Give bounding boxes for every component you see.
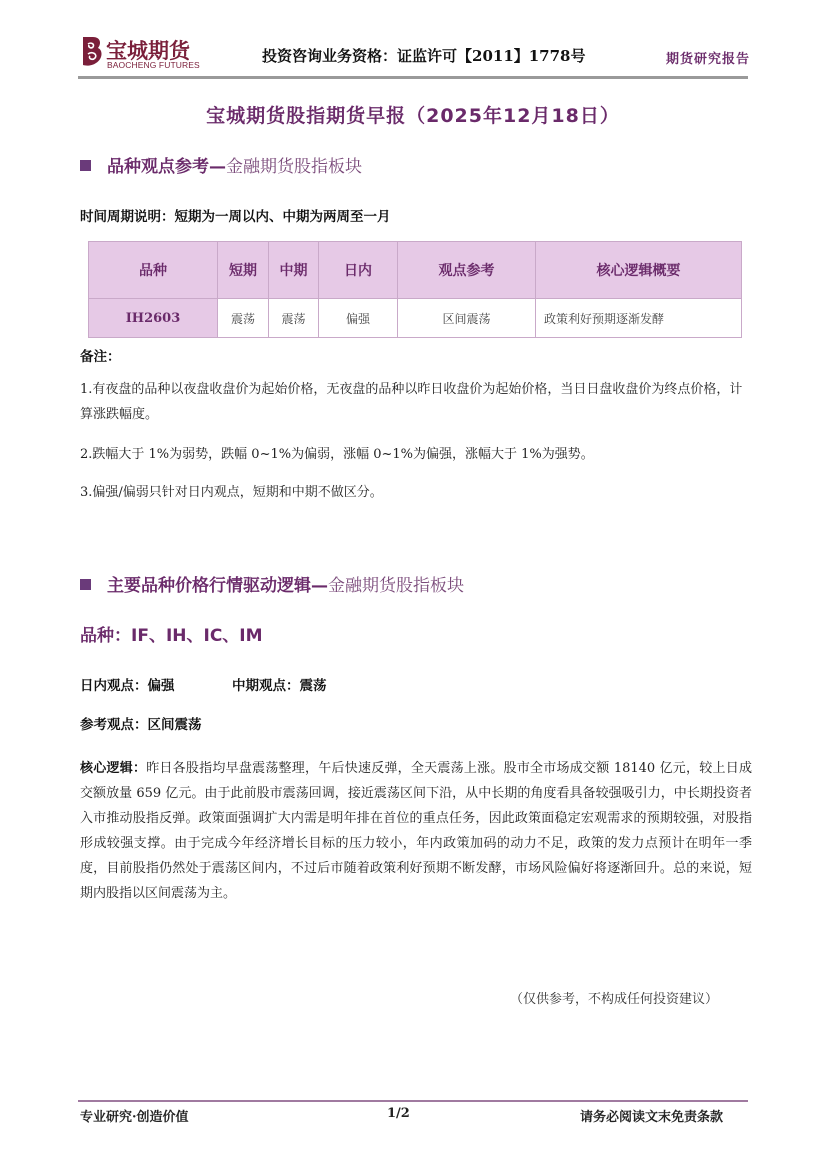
footer-slogan: 专业研究·创造价值 — [80, 1106, 189, 1125]
col-header-variety: 品种 — [89, 242, 218, 299]
header-divider — [78, 76, 748, 79]
col-header-mid: 中期 — [269, 242, 319, 299]
core-logic-label: 核心逻辑： — [80, 761, 146, 776]
table-header-row: 品种 短期 中期 日内 观点参考 核心逻辑概要 — [89, 242, 742, 299]
col-header-short: 短期 — [218, 242, 269, 299]
period-note: 时间周期说明：短期为一周以内、中期为两周至一月 — [80, 205, 391, 225]
note-1: 1.有夜盘的品种以夜盘收盘价为起始价格，无夜盘的品种以昨日收盘价为起始价格，当日… — [80, 377, 755, 427]
section-heading-variety-views: 品种观点参考—金融期货股指板块 — [80, 152, 362, 177]
table-row: IH2603 震荡 震荡 偏强 区间震荡 政策利好预期逐渐发酵 — [89, 299, 742, 338]
cell-short: 震荡 — [218, 299, 269, 338]
bullet-square-icon — [80, 160, 91, 171]
logo-english-name: BAOCHENG FUTURES — [107, 60, 200, 70]
note-2: 2.跌幅大于 1%为弱势，跌幅 0~1%为偏弱，涨幅 0~1%为偏强，涨幅大于 … — [80, 442, 755, 467]
views-table: 品种 短期 中期 日内 观点参考 核心逻辑概要 IH2603 震荡 震荡 偏强 … — [88, 241, 742, 338]
varieties-list: 品种：IF、IH、IC、IM — [80, 621, 263, 646]
cell-variety: IH2603 — [89, 299, 218, 338]
cell-mid: 震荡 — [269, 299, 319, 338]
core-logic-text: 昨日各股指均早盘震荡整理，午后快速反弹，全天震荡上涨。股市全市场成交额 1814… — [80, 761, 752, 901]
disclaimer-note: （仅供参考，不构成任何投资建议） — [510, 988, 718, 1007]
cell-view: 区间震荡 — [398, 299, 536, 338]
logo-b-icon — [80, 35, 104, 71]
bullet-square-icon — [80, 579, 91, 590]
note-3: 3.偏强/偏弱只针对日内观点，短期和中期不做区分。 — [80, 480, 755, 505]
notes-label: 备注： — [80, 345, 121, 365]
company-logo: 宝城期货 BAOCHENG FUTURES — [80, 35, 210, 73]
core-logic-paragraph: 核心逻辑：昨日各股指均早盘震荡整理，午后快速反弹，全天震荡上涨。股市全市场成交额… — [80, 756, 752, 906]
col-header-view: 观点参考 — [398, 242, 536, 299]
mid-term-view: 中期观点：震荡 — [232, 674, 327, 694]
col-header-logic: 核心逻辑概要 — [536, 242, 742, 299]
col-header-intraday: 日内 — [319, 242, 398, 299]
footer-divider — [78, 1100, 748, 1102]
cell-logic: 政策利好预期逐渐发酵 — [536, 299, 742, 338]
report-type-label: 期货研究报告 — [666, 48, 750, 67]
cell-intraday: 偏强 — [319, 299, 398, 338]
footer-notice: 请务必阅读文末免责条款 — [580, 1106, 723, 1125]
section-heading-price-drivers: 主要品种价格行情驱动逻辑—金融期货股指板块 — [80, 571, 464, 596]
intraday-view: 日内观点：偏强 — [80, 674, 175, 694]
qualification-text: 投资咨询业务资格：证监许可【2011】1778号 — [262, 45, 586, 66]
page-number: 1/2 — [387, 1106, 410, 1121]
reference-view: 参考观点：区间震荡 — [80, 713, 202, 733]
page-title: 宝城期货股指期货早报（2025年12月18日） — [0, 101, 826, 128]
